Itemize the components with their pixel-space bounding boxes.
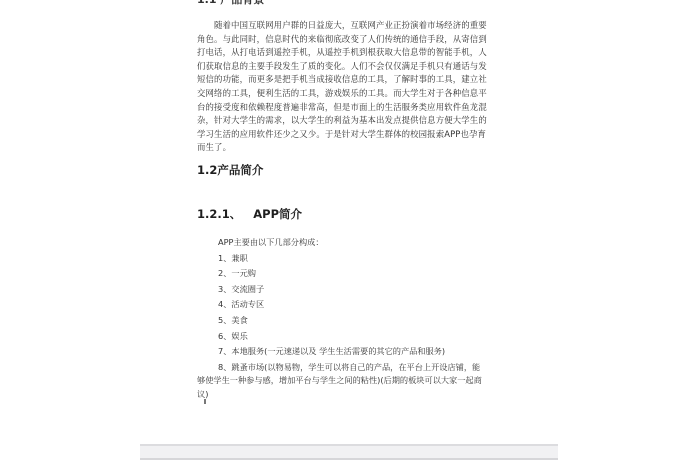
paragraph-line: 角色。与此同时，信息时代的来临彻底改变了人们传统的通信手段，从寄信到 [197, 33, 519, 47]
subsection-heading: 1.2.1、APP简介 [197, 206, 302, 222]
list-item-8-continuation: 议) [197, 388, 519, 402]
intro-paragraph: 随着中国互联网用户群的日益庞大，互联网产业正扮演着市场经济的重要 角色。与此同时… [197, 19, 519, 155]
paragraph-line: 打电话，从打电话到遥控手机，从遥控手机到根获取大信息带的智能手机，人 [197, 46, 519, 60]
list-item: 7、本地服务(一元速递以及 学生生活需要的其它的产品和服务) [218, 344, 520, 360]
cursor-mark [204, 399, 206, 404]
list-item: 1、兼职 [218, 251, 520, 267]
paragraph-line: 们获取信息的主要手段发生了质的变化。人们不会仅仅满足手机只有通话与发 [197, 60, 519, 74]
list-item-8-continuation: 够使学生一种参与感，增加平台与学生之间的粘性)(后期的板块可以大家一起商 [197, 374, 519, 388]
document-page: 1.1 产品背景 随着中国互联网用户群的日益庞大，互联网产业正扮演着市场经济的重… [0, 0, 700, 470]
paragraph-line: 短信的功能，而更多是把手机当成接收信息的工具，了解时事的工具，建立社 [197, 73, 519, 87]
section-heading: 1.2产品简介 [197, 162, 263, 178]
list-intro: APP主要由以下几部分构成： [218, 235, 520, 251]
paragraph-line: 而生了。 [197, 141, 519, 155]
subsection-title: APP简介 [253, 207, 302, 221]
page-bottom-scrollbar[interactable] [140, 444, 558, 460]
list-item-8: 8、跳蚤市场(以物易物，学生可以将自己的产品，在平台上开设店铺，能 [218, 361, 520, 375]
paragraph-line: 学习生活的应用软件还少之又少。于是针对大学生群体的校园报索APP也孕育 [197, 128, 519, 142]
paragraph-line: 杂，针对大学生的需求，以大学生的利益为基本出发点提供信息方便大学生的 [197, 114, 519, 128]
list-item: 4、活动专区 [218, 297, 520, 313]
list-item: 2、一元购 [218, 266, 520, 282]
component-list: APP主要由以下几部分构成： 1、兼职 2、一元购 3、交流圈子 4、活动专区 … [218, 235, 520, 402]
list-item: 5、美食 [218, 313, 520, 329]
subsection-number: 1.2.1、 [197, 207, 241, 221]
paragraph-line: 随着中国互联网用户群的日益庞大，互联网产业正扮演着市场经济的重要 [197, 19, 519, 33]
partial-section-heading: 1.1 产品背景 [197, 0, 264, 7]
paragraph-line: 交网络的工具，便利生活的工具，游戏娱乐的工具。而大学生对于各种信息平 [197, 87, 519, 101]
paragraph-line: 台的接受度和依赖程度普遍非常高，但是市面上的生活服务类应用软件鱼龙混 [197, 101, 519, 115]
list-item: 3、交流圈子 [218, 282, 520, 298]
list-item: 6、娱乐 [218, 329, 520, 345]
